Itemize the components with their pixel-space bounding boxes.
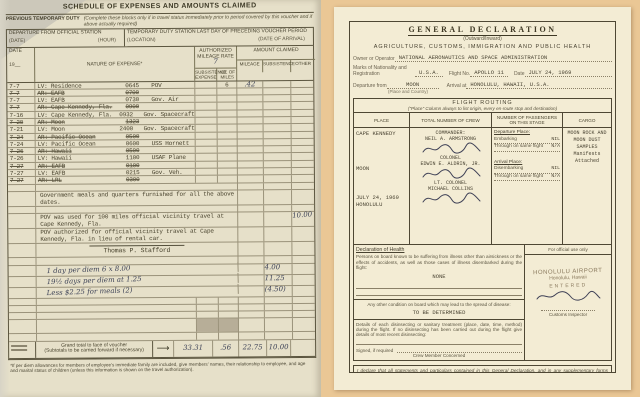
expense-date: 7-24 [8, 141, 36, 147]
expense-subsistence-cell [264, 124, 292, 130]
expense-other-cell [292, 146, 316, 152]
expense-time: 0300 [126, 176, 152, 182]
expense-entry: AR: Cape Kennedy, Fla. [37, 104, 125, 111]
expense-mileage-amount: .42 [237, 81, 263, 87]
expense-other-cell [291, 110, 315, 116]
expense-other-cell [292, 139, 316, 145]
expense-subsistence-cell [263, 88, 291, 94]
expense-nature: LV: Pacific Ocean 0600 USS Hornett [36, 140, 196, 147]
voucher-title: SCHEDULE OF EXPENSES AND AMOUNTS CLAIMED [6, 2, 314, 11]
expense-miles [217, 96, 237, 102]
crew-member-concerned-label: Crew Member Concerned [356, 353, 522, 358]
hour-sublabel: (HOUR) [98, 38, 116, 44]
expense-voucher-form: SCHEDULE OF EXPENSES AND AMOUNTS CLAIMED… [6, 2, 317, 374]
cargo-line: MOON DUST [565, 137, 609, 144]
grand-total-label-box: Grand total to face of voucher (Subtotal… [35, 341, 153, 358]
handwritten-rows: 1 day per diem 6 x 8.00 4.00 19½ days pe… [9, 263, 315, 298]
expense-subsistence-cell [263, 110, 291, 116]
departure-value: MOON [387, 81, 439, 89]
owner-label: Owner or Operator [353, 56, 395, 62]
expense-nature: AR: EAFB 0700 [35, 89, 195, 96]
expense-se-cell [196, 161, 218, 167]
arrival-label: Arrival at [447, 83, 467, 89]
expense-miles [218, 117, 238, 123]
expense-other-cell [292, 117, 316, 123]
expense-se-cell [196, 169, 218, 175]
expense-miles [218, 147, 238, 153]
expense-se-cell [196, 118, 218, 124]
expense-date: 7-21 [8, 126, 36, 132]
expense-rows: 7-7 LV: Residence 0645 POV 6 .42 7-7 [7, 80, 314, 184]
expense-date: 7-26 [8, 148, 36, 154]
expense-mileage-amount [237, 88, 263, 94]
owner-row: Owner or Operator NATIONAL AERONAUTICS A… [353, 54, 612, 62]
form-number-marks [9, 342, 35, 358]
expense-se-cell [195, 103, 217, 109]
expense-mode [151, 89, 194, 96]
expense-nature: AR: Cape Kennedy, Fla. 0900 [35, 103, 195, 110]
expense-time: 2400 [119, 125, 143, 131]
expense-other-cell [291, 80, 315, 86]
routing-body: CAPE KENNEDY MOON JULY 24, 1969 HONOLULU… [354, 128, 611, 244]
expense-mileage-amount [238, 168, 264, 174]
expense-mode [152, 132, 195, 139]
crew-member: COMMANDER: NEIL A. ARMSTRONG [412, 130, 489, 155]
crew-name: EDWIN E. ALDRIN, JR. [412, 161, 489, 167]
blank-rule [356, 338, 522, 345]
expense-se-cell [196, 132, 218, 138]
pov-used-note: POV was used for 100 miles official vici… [36, 213, 238, 228]
through-line-2: Through on same flight N/A [494, 174, 560, 182]
date-column-header: DATE 19__ [7, 48, 35, 82]
expense-entry: LV: Hawaii [38, 155, 126, 162]
crew-cell: COMMANDER: NEIL A. ARMSTRONG COLONEL EDW… [410, 128, 492, 244]
handwritten-amount: 11.25 [265, 275, 293, 285]
marks-label: Marks of Nationality and Registration [353, 66, 415, 77]
shaded-cell [197, 319, 219, 332]
expense-mode: Gov. Air [151, 96, 194, 103]
expense-entry: AR: Hawaii [38, 147, 126, 154]
expense-entry: LV: Cape Kennedy, Fla. [37, 111, 119, 118]
subsistence-header: SUBSISTENCE [263, 60, 291, 72]
expense-entry: LV: Moon [38, 126, 120, 133]
cargo-header: CARGO [563, 113, 611, 127]
expense-subsistence-cell [263, 81, 291, 87]
expense-time: 0100 [126, 162, 152, 168]
expense-mileage-amount [238, 117, 264, 123]
location-sublabel: (LOCATION) [127, 38, 156, 44]
expense-se-cell [196, 125, 218, 131]
expense-date: 7-27 [8, 163, 36, 169]
blank-rule [356, 282, 522, 289]
expense-mode [152, 162, 195, 169]
cargo-line: Manifests Attached [565, 151, 609, 165]
cargo-cell: MOON ROCK ANDMOON DUSTSAMPLESManifests A… [563, 128, 611, 244]
expense-time: 0500 [126, 133, 152, 139]
expense-other-cell [292, 153, 316, 159]
expense-se-cell [195, 96, 217, 102]
date-value: JULY 24, 1969 [525, 69, 613, 77]
expense-other-cell [292, 161, 316, 167]
declaration-subtitle: (Outward/Inward) [353, 36, 612, 42]
meals-note: Government meals and quarters furnished … [36, 190, 238, 205]
route-row: Departure from MOON Arrival at HONOLULU,… [353, 81, 612, 89]
expense-time: 0900 [125, 103, 151, 109]
handwritten-rate: 7 [213, 58, 218, 66]
disease-line: Any other condition on board which may l… [356, 302, 522, 307]
expense-mileage-amount [237, 103, 263, 109]
declaration-title: GENERAL DECLARATION [353, 25, 612, 34]
general-declaration-document: GENERAL DECLARATION (Outward/Inward) AGR… [321, 0, 640, 397]
handwritten-amount: 4.00 [265, 264, 293, 274]
expense-time: 0932 [119, 111, 143, 117]
customs-inspector-label: Customs Inspector [541, 310, 595, 317]
crew-member: LT. COLONEL MICHAEL COLLINS [412, 180, 489, 205]
health-title: Declaration of Health [356, 247, 522, 253]
place-cell: CAPE KENNEDY MOON JULY 24, 1969 HONOLULU [354, 128, 410, 244]
expense-other-cell [291, 95, 315, 101]
expense-entry: AR: LRL [38, 177, 126, 184]
blank-rule [356, 289, 522, 296]
routing-note: ("Place" Column always to list origin, e… [355, 106, 610, 111]
expense-mode: Gov. Spacecraft [143, 110, 194, 117]
grand-total-bar: Grand total to face of voucher (Subtotal… [9, 340, 315, 359]
other-header: OTHER [291, 60, 315, 72]
expense-se-cell [196, 147, 218, 153]
owner-value: NATIONAL AERONAUTICS AND SPACE ADMINISTR… [395, 54, 612, 62]
expense-subsistence-cell [264, 146, 292, 152]
declaration-frame: GENERAL DECLARATION (Outward/Inward) AGR… [349, 21, 616, 373]
expense-nature: LV: Cape Kennedy, Fla. 0932 Gov. Spacecr… [35, 110, 195, 117]
place-country-note: (Place and Country) [353, 89, 463, 94]
declaration-agencies: AGRICULTURE, CUSTOMS, IMMIGRATION AND PU… [353, 44, 612, 50]
expense-miles [218, 169, 238, 175]
date-label: Date [514, 71, 525, 77]
disembarking-line: Disembarking NIL [494, 166, 560, 174]
expense-time: 0500 [126, 147, 152, 153]
shaded-cell [219, 319, 239, 332]
passengers-header: NUMBER OF PASSENGERS ON THIS STAGE [492, 113, 563, 127]
expense-time: 0700 [125, 89, 151, 95]
voucher-footnote: *If per diem allowances for members of e… [8, 361, 316, 374]
expense-time: 0730 [125, 96, 151, 102]
marks-row: Marks of Nationality and Registration U.… [353, 66, 612, 77]
crew-signature [420, 192, 482, 205]
right-arrow-icon: ⟶ [153, 341, 173, 357]
expense-mode: USS Hornett [152, 140, 195, 147]
expense-other-cell [292, 168, 316, 174]
expense-entry: LV: Residence [37, 82, 125, 89]
crew-signature [420, 167, 482, 180]
expense-subsistence-cell [264, 139, 292, 145]
expense-mileage-amount [238, 161, 264, 167]
expense-miles [217, 88, 237, 94]
expense-other-cell [291, 88, 315, 94]
photo-backdrop: SCHEDULE OF EXPENSES AND AMOUNTS CLAIMED… [0, 0, 640, 397]
grand-total-other: 10.00 [267, 340, 291, 356]
expense-miles [218, 139, 238, 145]
marks-value: U.S.A. [415, 69, 443, 77]
health-section: Declaration of Health Persons on board k… [353, 245, 612, 360]
expense-mileage-amount [237, 95, 263, 101]
nature-column-header: NATURE OF EXPENSE* [35, 47, 195, 82]
expense-date: 7-24 [8, 133, 36, 139]
expense-miles [218, 161, 238, 167]
expense-mode [152, 118, 195, 125]
expense-miles [217, 110, 237, 116]
expense-other-cell [292, 131, 316, 137]
expense-mileage-amount [238, 176, 264, 182]
mileage-header: MILEAGE [237, 60, 263, 72]
expense-nature: AR: Pacific Ocean 0500 [36, 132, 196, 139]
expense-date: 7-20 [8, 119, 36, 125]
expense-subsistence-cell [264, 154, 292, 160]
expense-entry: AR: Pacific Ocean [38, 133, 126, 140]
routing-caption: FLIGHT ROUTING ("Place" Column always to… [354, 99, 611, 113]
health-value: NONE [356, 273, 522, 280]
expense-se-cell [196, 139, 218, 145]
expense-mileage-amount [237, 110, 263, 116]
expense-mode [152, 147, 195, 154]
disinsecting-paragraph: Details of each disinsecting or sanitary… [356, 322, 522, 338]
expense-time: 0215 [126, 169, 152, 175]
pov-auth-note: POV authorized for official vicinity tra… [36, 228, 238, 243]
arrival-value: HONOLULU, HAWAII, U.S.A. [466, 81, 612, 89]
customs-entry-stamp: HONOLULU AIRPORT Honolulu, Hawaii ENTERE… [527, 268, 610, 291]
expense-miles: 6 [217, 81, 237, 87]
tdy-station-label: TEMPORARY DUTY STATION LAST DAY OF PRECE… [127, 29, 311, 36]
expense-other-cell [292, 175, 316, 181]
grand-total-values: 33.31 .56 22.75 10.00 [173, 340, 315, 357]
grand-total-mileage: .56 [213, 340, 239, 356]
expense-mileage-amount [238, 154, 264, 160]
official-use-label: For official use only [525, 247, 611, 255]
expense-date: 7-27 [8, 170, 36, 176]
grand-total-amount: 33.31 [173, 340, 213, 356]
amount-claimed-group-header: AMOUNT CLAIMED MILEAGE SUBSISTENCE OTHER [237, 46, 315, 80]
expense-mode: POV [151, 81, 194, 88]
expense-subsistence-cell [264, 175, 292, 181]
expense-entry: LV: EAFB [38, 169, 126, 176]
expense-table-header: DATE 19__ NATURE OF EXPENSE* AUTHORIZED … [7, 46, 313, 83]
expense-other-cell [292, 124, 316, 130]
expense-subsistence-cell [264, 117, 292, 123]
expense-date: 7-26 [8, 155, 36, 161]
expense-table: DATE 19__ NATURE OF EXPENSE* AUTHORIZED … [6, 46, 316, 360]
pov-used-amount: 10.00 [292, 212, 316, 226]
tdy-station-box: TEMPORARY DUTY STATION LAST DAY OF PRECE… [125, 28, 313, 46]
expense-entry: LV: EAFB [37, 96, 125, 103]
expense-entry: AR: Moon [38, 118, 126, 125]
expense-time: 1323 [126, 118, 152, 124]
expense-date: 7-7 [7, 97, 35, 103]
crew-member: COLONEL EDWIN E. ALDRIN, JR. [412, 155, 489, 180]
expense-entry: AR: EAFB [37, 89, 125, 96]
subsistence-expense-header: SUBSISTENCE EXPENSE [195, 68, 217, 80]
declaration-paper: GENERAL DECLARATION (Outward/Inward) AGR… [334, 7, 631, 390]
health-left-column: Declaration of Health Persons on board k… [354, 245, 525, 359]
expense-mileage-amount [238, 125, 264, 131]
expense-time: 1100 [126, 155, 152, 161]
expense-mileage-amount [238, 132, 264, 138]
expense-time: 0600 [126, 140, 152, 146]
expense-voucher-document: SCHEDULE OF EXPENSES AND AMOUNTS CLAIMED… [0, 0, 321, 397]
final-declaration: I declare that all statements and partic… [353, 365, 612, 373]
expense-mileage-amount [238, 139, 264, 145]
expense-date: 7-7 [7, 104, 35, 110]
flight-routing-table: FLIGHT ROUTING ("Place" Column always to… [353, 98, 612, 245]
expense-nature: AR: Moon 1323 [36, 118, 196, 125]
expense-subsistence-cell [263, 102, 291, 108]
expense-nature: LV: Residence 0645 POV [35, 81, 195, 88]
official-use-box: For official use only HONOLULU AIRPORT H… [525, 245, 611, 359]
expense-subsistence-cell [264, 168, 292, 174]
expense-nature: LV: Hawaii 1100 USAF Plane [36, 154, 196, 161]
departure-station-box: DEPARTURE FROM OFFICIAL STATION (DATE) (… [7, 29, 125, 47]
expense-nature: LV: Moon 2400 Gov. Spacecraft [36, 125, 196, 132]
through-line: Through on same flight N/A [494, 144, 560, 152]
expense-entry: AR: EAFB [38, 162, 126, 169]
crew-header: TOTAL NUMBER OF CREW [410, 113, 492, 127]
expense-miles [218, 132, 238, 138]
expense-miles [218, 154, 238, 160]
routing-header: PLACE TOTAL NUMBER OF CREW NUMBER OF PAS… [354, 113, 611, 128]
departure-station-label: DEPARTURE FROM OFFICIAL STATION [9, 30, 122, 36]
flight-label: Flight No. [449, 71, 470, 77]
expense-mode [151, 103, 194, 110]
expense-se-cell [196, 176, 218, 182]
signature-block: Thomas P. Stafford [36, 243, 238, 257]
previous-duty-label: PREVIOUS TEMPORARY DUTY [6, 16, 80, 29]
expense-miles [217, 103, 237, 109]
expense-date: 7-27 [8, 177, 36, 183]
expense-other-cell [291, 102, 315, 108]
no-of-miles-header: NO. OF MILES [217, 68, 237, 80]
expense-nature: LV: EAFB 0215 Gov. Veh. [36, 169, 196, 176]
expense-mileage-amount [238, 146, 264, 152]
departure-label: Departure from [353, 83, 387, 89]
expense-subsistence-cell [264, 132, 292, 138]
crew-signature [420, 142, 482, 155]
cargo-line: SAMPLES [565, 144, 609, 151]
arrival-date-sublabel: (DATE OF ARRIVAL) [258, 36, 305, 42]
expense-nature: LV: EAFB 0730 Gov. Air [35, 96, 195, 103]
expense-subsistence-cell [264, 161, 292, 167]
expense-entry: LV: Pacific Ocean [38, 140, 126, 147]
expense-nature: AR: EAFB 0100 [36, 162, 196, 169]
cargo-lines: MOON ROCK ANDMOON DUSTSAMPLESManifests A… [565, 130, 609, 165]
disease-value: TO BE DETERMINED [356, 309, 522, 316]
expense-miles [218, 125, 238, 131]
expense-se-cell [195, 88, 217, 94]
expense-subsistence-cell [263, 95, 291, 101]
expense-nature: AR: LRL 0300 [36, 176, 196, 183]
handwritten-amount: (4.50) [265, 286, 293, 296]
flight-value: APOLLO 11 [470, 69, 508, 77]
expense-mode: USAF Plane [152, 154, 195, 161]
signer-name: Thomas P. Stafford [90, 245, 185, 255]
section-divider [354, 319, 524, 320]
mileage-rate-group-header: AUTHORIZED MILEAGE RATE 7 SUBSISTENCE EX… [195, 46, 237, 80]
expense-se-cell [196, 154, 218, 160]
passengers-cell: Departure Place: Embarking NIL Through o… [492, 128, 563, 244]
expense-mode: Gov. Spacecraft [144, 125, 195, 132]
expense-date: 7-7 [7, 82, 35, 88]
section-divider [354, 299, 524, 300]
crew-list: COMMANDER: NEIL A. ARMSTRONG COLONEL EDW… [412, 130, 489, 205]
inspector-signature [533, 289, 603, 303]
grand-total-subsistence: 22.75 [239, 340, 267, 356]
station-boxes: DEPARTURE FROM OFFICIAL STATION (DATE) (… [6, 27, 314, 48]
expense-date: 7-16 [7, 112, 35, 118]
expense-mode [152, 176, 195, 183]
health-paragraph: Persons on board known to be suffering f… [356, 254, 522, 270]
expense-time: 0645 [125, 82, 151, 88]
place-header: PLACE [354, 113, 410, 127]
expense-miles [218, 176, 238, 182]
date-sublabel: (DATE) [9, 38, 25, 44]
cargo-line: MOON ROCK AND [565, 130, 609, 137]
expense-mode: Gov. Veh. [152, 169, 195, 176]
previous-duty-note: (Complete these blocks only if in travel… [84, 14, 314, 28]
expense-se-cell [195, 110, 217, 116]
expense-se-cell [195, 81, 217, 87]
expense-date: 7-7 [7, 90, 35, 96]
expense-nature: AR: Hawaii 0500 [36, 147, 196, 154]
